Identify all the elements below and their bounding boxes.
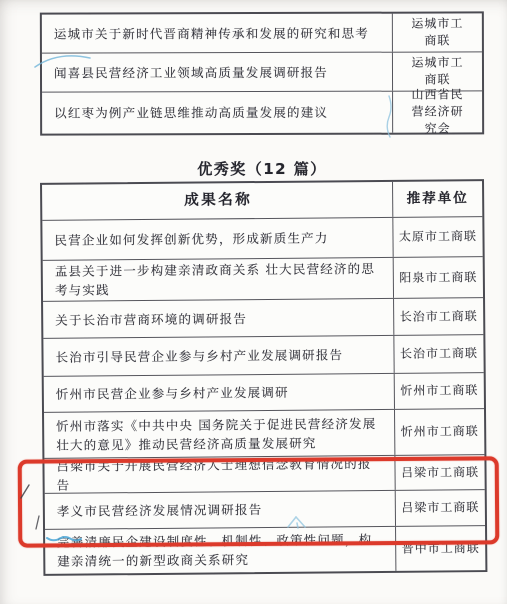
result-name-cell: 孝义市民营经济发展情况调研报告 [45,491,396,529]
table-row: 忻州市民营企业参与乡村产业发展调研 忻州市工商联 [44,372,484,412]
recommend-unit-cell: 运城市工商联 [393,13,482,51]
recommend-unit-cell: 阳泉市工商联 [394,257,483,298]
table-row-highlighted: 吕梁市关于开展民营经济人士理想信念教育情况的报告 吕梁市工商联 [44,454,484,493]
recommend-unit-cell: 长治市工商联 [394,335,483,373]
dark-slash-mark [21,485,29,498]
result-name-cell: 忻州市民营企业参与乡村产业发展调研 [44,374,395,412]
excellence-award-table: 成果名称 推荐单位 民营企业如何发挥创新优势，形成新质生产力 太原市工商联 盂县… [40,179,487,576]
recommend-unit-cell: 吕梁市工商联 [395,455,484,490]
recommend-unit-cell: 运城市工商联 [393,52,482,90]
table-row: 闻喜县民营经济工业领域高质量发展调研报告 运城市工商联 [42,51,482,91]
result-name-cell: 盂县关于进一步构建亲清政商关系 壮大民营经济的思考与实践 [43,258,394,301]
recommend-unit-cell: 忻州市工商联 [395,409,484,455]
result-name-cell: 完善清廉民企建设制度性、机制性、政策性问题，构建亲清统一的新型政商关系研究 [45,527,396,574]
recommend-unit-cell: 忻州市工商联 [395,373,484,409]
result-name-cell: 忻州市落实《中共中央 国务院关于促进民营经济发展壮大的意见》推动民营经济高质量发… [44,410,395,458]
section-heading: 优秀奖（12 篇） [40,158,484,179]
table-row: 长治市引导民营企业参与乡村产业发展调研报告 长治市工商联 [43,334,483,376]
result-name-cell: 闻喜县民营经济工业领域高质量发展调研报告 [42,53,393,92]
award-table-top: 运城市关于新时代晋商精神传承和发展的研究和思考 运城市工商联 闻喜县民营经济工业… [40,11,484,135]
result-name-cell: 吕梁市关于开展民营经济人士理想信念教育情况的报告 [44,456,395,493]
table-row: 民营企业如何发挥创新优势，形成新质生产力 太原市工商联 [42,216,482,260]
result-name-cell: 民营企业如何发挥创新优势，形成新质生产力 [42,218,393,260]
result-name-cell: 关于长治市营商环境的调研报告 [43,299,394,338]
column-header-result-name: 成果名称 [42,182,393,220]
table-row: 盂县关于进一步构建亲清政商关系 壮大民营经济的思考与实践 阳泉市工商联 [43,256,483,301]
table-header-row: 成果名称 推荐单位 [42,181,482,220]
result-name-cell: 运城市关于新时代晋商精神传承和发展的研究和思考 [42,14,393,53]
recommend-unit-cell: 太原市工商联 [393,217,482,257]
scanned-document-page: 运城市关于新时代晋商精神传承和发展的研究和思考 运城市工商联 闻喜县民营经济工业… [0,0,507,604]
result-name-cell: 以红枣为例产业链思维推动高质量发展的建议 [42,92,393,134]
table-row: 忻州市落实《中共中央 国务院关于促进民营经济发展壮大的意见》推动民营经济高质量发… [44,408,484,458]
table-row: 运城市关于新时代晋商精神传承和发展的研究和思考 运城市工商联 [42,13,482,52]
recommend-unit-cell: 吕梁市工商联 [396,490,485,526]
result-name-cell: 长治市引导民营企业参与乡村产业发展调研报告 [43,336,394,376]
dark-slash-mark [36,516,39,529]
recommend-unit-cell: 长治市工商联 [394,298,483,335]
table-row: 完善清廉民企建设制度性、机制性、政策性问题，构建亲清统一的新型政商关系研究 晋中… [45,525,485,574]
column-header-recommend-unit: 推荐单位 [393,181,482,217]
recommend-unit-cell: 晋中市工商联 [396,526,485,571]
table-row-highlighted: 孝义市民营经济发展情况调研报告 吕梁市工商联 [45,489,485,529]
table-row: 以红枣为例产业链思维推动高质量发展的建议 山西省民营经济研究会 [42,90,482,133]
recommend-unit-cell: 山西省民营经济研究会 [393,91,482,132]
table-row: 关于长治市营商环境的调研报告 长治市工商联 [43,297,483,338]
